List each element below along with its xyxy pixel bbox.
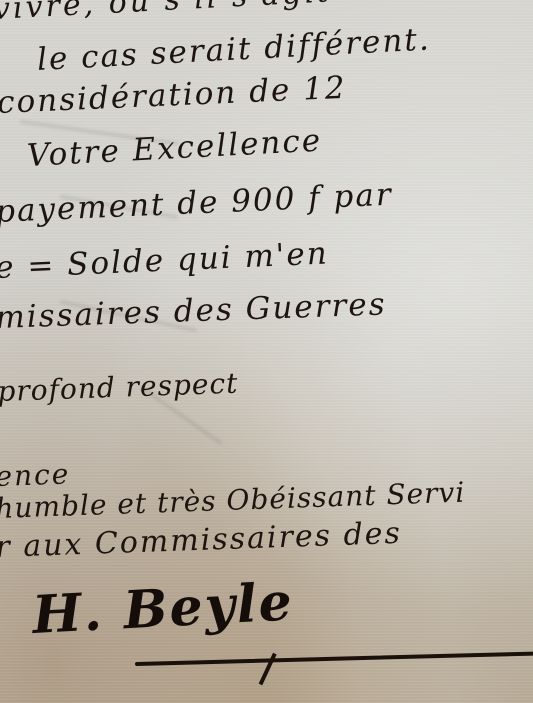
letter-line: payement de 900 f par <box>0 177 393 230</box>
letter-line: missaires des Guerres <box>0 286 387 336</box>
letter-line: considération de 12 <box>0 70 347 121</box>
letter-line: r aux Commissaires des <box>0 516 402 565</box>
letter-line: profond respect <box>0 367 239 408</box>
signature-underline <box>135 651 533 666</box>
letter-page: vivre, ou s'il s'agit le cas serait diff… <box>0 0 533 703</box>
signature: H. Beyle <box>31 571 295 646</box>
letter-line: Votre Excellence <box>26 123 323 174</box>
letter-line: le cas serait différent. <box>36 21 431 78</box>
letter-line: ence <box>0 457 71 493</box>
letter-line: vivre, ou s'il s'agit <box>0 0 333 27</box>
letter-line: e = Solde qui m'en <box>0 235 329 286</box>
